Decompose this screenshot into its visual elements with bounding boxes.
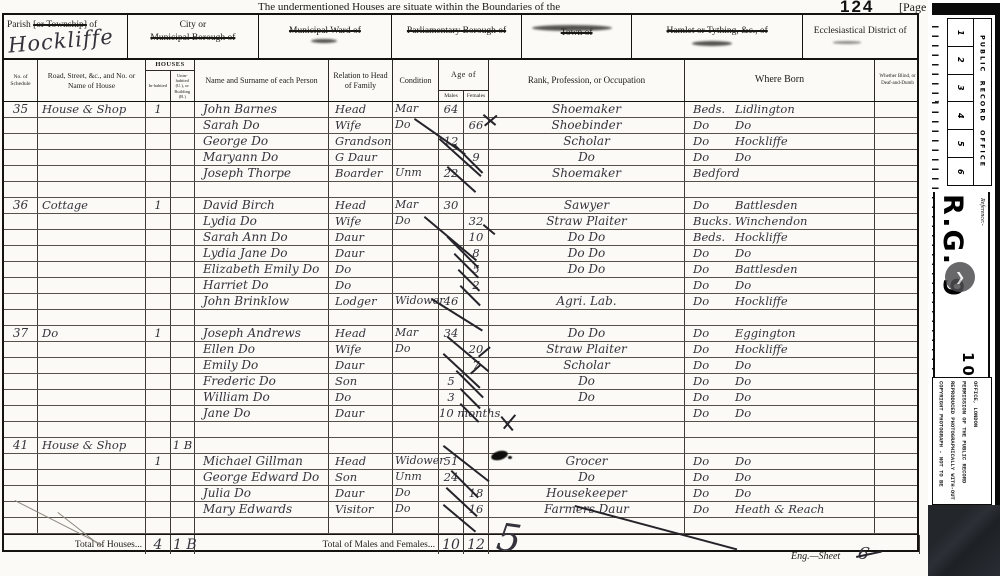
cell-name: Elizabeth Emily Do [195,262,329,277]
col-header-females: Females [464,91,488,101]
col-header-blind: Whether Blind, or Deaf-and-Dumb [875,60,920,101]
cell-inhabited [146,166,171,181]
cell-house [38,486,146,501]
cell-age-male: 10 months [439,406,464,421]
cell-relation: Daur [329,230,393,245]
cell-name: Ellen Do [195,342,329,357]
cell-name: Lydia Jane Do [195,246,329,261]
cell-uninhabited [171,262,195,277]
cell-inhabited [146,358,171,373]
census-row: George Do Grandson 12 Scholar DoHockliff… [4,134,917,150]
cell-where-born: DoDo [685,486,875,501]
total-females-value: 12 [464,535,489,554]
cell-name: Julia Do [195,486,329,501]
cell-name: Michael Gillman [195,454,329,469]
cell-age-female [464,134,489,149]
total-males-females-label: Total of Males and Females... [195,535,439,554]
cell-schedule-no [4,150,38,165]
cell-blind [875,166,920,181]
cell-uninhabited [171,198,195,213]
cell-schedule-no [4,486,38,501]
cell-schedule-no [4,406,38,421]
cell-condition: Widower [393,454,439,469]
cell-schedule-no [4,454,38,469]
film-copyright-box: COPYRIGHT PHOTOGRAPH - NOT TO BE REPRODU… [932,377,992,505]
cell-house [38,150,146,165]
cell-inhabited [146,390,171,405]
cell-relation: Wife [329,214,393,229]
parish-box: Parish [or Township] of Hockliffe [4,15,128,58]
cell-schedule-no [4,230,38,245]
cell-blind [875,406,920,421]
col-header-relation: Relation to Head of Family [329,60,393,101]
cell-name: Mary Edwards [195,502,329,517]
cell-uninhabited [171,118,195,133]
cell-occupation: Sawyer [489,198,685,213]
cell-relation: Do [329,262,393,277]
cell-schedule-no [4,246,38,261]
hamlet-box: Hamlet or Tything, &c., of [632,15,803,58]
cell-occupation: Scholar [489,134,685,149]
cell-relation: G Daur [329,150,393,165]
cell-relation: Visitor [329,502,393,517]
totals-empty [489,535,920,554]
cell-name: Maryann Do [195,150,329,165]
cell-name: Harriet Do [195,278,329,293]
cell-age-female: 10 [464,230,489,245]
cell-occupation: Do Do [489,246,685,261]
cell-occupation: Do [489,470,685,485]
cell-house [38,406,146,421]
cell-occupation [489,310,685,325]
cell-name: Joseph Thorpe [195,166,329,181]
cell-inhabited [146,406,171,421]
cell-uninhabited [171,374,195,389]
cell-schedule-no [4,294,38,309]
copyright-text: COPYRIGHT PHOTOGRAPH - NOT TO BE REPRODU… [935,381,981,501]
cell-condition [393,310,439,325]
cell-relation: Do [329,278,393,293]
cell-condition [393,134,439,149]
cell-inhabited [146,230,171,245]
public-record-office-label-wrap: PUBLIC RECORD OFFICE [974,19,991,185]
cell-schedule-no [4,214,38,229]
parliamentary-borough-box: Parliamentary Borough of [392,15,523,58]
ecclesiastical-district-box: Ecclesiastical District of [803,15,917,58]
cell-occupation: Straw Plaiter [489,342,685,357]
cell-blind [875,390,920,405]
cell-where-born: DoHeath & Reach [685,502,875,517]
cell-house [38,422,146,437]
screenshot-root: The undermentioned Houses are situate wi… [0,0,1000,576]
cell-relation: Lodger [329,294,393,309]
scale-number: 6 [956,169,965,175]
cell-schedule-no: 37 [4,326,38,341]
cell-schedule-no [4,390,38,405]
cell-uninhabited [171,278,195,293]
cell-house [38,118,146,133]
cell-relation: Daur [329,486,393,501]
cell-occupation [489,406,685,421]
cell-house: House & Shop [38,102,146,117]
cell-relation: Daur [329,358,393,373]
cell-blind [875,134,920,149]
cell-relation: Wife [329,118,393,133]
cell-condition [393,230,439,245]
film-edge-bar [932,3,998,15]
ink-smudge [532,25,612,31]
cell-condition [393,374,439,389]
col-header-males: Males [439,91,464,101]
cell-name [195,182,329,197]
cell-blind [875,262,920,277]
cell-name: Joseph Andrews [195,326,329,341]
page-title: The undermentioned Houses are situate wi… [258,1,560,13]
cell-where-born: DoBattlesden [685,198,875,213]
cell-inhabited: 1 [146,198,171,213]
hamlet-label-struck: Hamlet or Tything, &c., of [632,25,802,38]
cell-schedule-no [4,278,38,293]
ward-label-struck: Municipal Ward of [259,25,391,38]
cell-schedule-no [4,134,38,149]
scale-number: 3 [956,85,965,91]
col-header-houses-title: HOUSES [146,60,194,71]
cell-house [38,502,146,517]
film-edge-bar [995,3,1000,505]
cell-inhabited: 1 [146,454,171,469]
cell-uninhabited [171,182,195,197]
cell-occupation: Housekeeper [489,486,685,501]
cell-age-male: 64 [439,102,464,117]
cell-inhabited [146,374,171,389]
cell-blind [875,422,920,437]
cell-condition: Widower [393,294,439,309]
census-row: John Brinklow Lodger Widower 46 Agri. La… [4,294,917,310]
cell-uninhabited [171,406,195,421]
cell-name [195,310,329,325]
cell-inhabited [146,422,171,437]
ink-blot [508,456,512,459]
cell-house: House & Shop [38,438,146,453]
cell-occupation [489,422,685,437]
city-label-struck: Municipal Borough of [128,32,259,45]
cell-condition: Do [393,502,439,517]
cell-uninhabited [171,230,195,245]
cell-house [38,454,146,469]
cell-uninhabited [171,326,195,341]
col-header-age: Age of Males Females [439,60,489,101]
cell-blind [875,182,920,197]
col-header-houses: HOUSES In-habited Unin-habited (U.), or … [146,60,195,101]
cell-blind [875,118,920,133]
cell-name: John Brinklow [195,294,329,309]
cell-name: David Birch [195,198,329,213]
cell-uninhabited [171,310,195,325]
cell-blind [875,454,920,469]
cell-name [195,438,329,453]
cell-inhabited [146,502,171,517]
cell-where-born: DoDo [685,150,875,165]
cell-uninhabited [171,294,195,309]
total-houses-label: Total of Houses... [4,535,146,554]
cell-where-born: Bedford [685,166,875,181]
municipal-ward-box: Municipal Ward of [259,15,392,58]
cell-where-born: DoDo [685,406,875,421]
cell-blind [875,358,920,373]
cell-where-born: DoDo [685,470,875,485]
cell-condition [393,150,439,165]
ecclesiastical-label: Ecclesiastical District of [803,25,917,38]
cell-relation: Grandson [329,134,393,149]
cell-schedule-no [4,358,38,373]
cell-age-female [464,454,489,469]
cell-relation: Son [329,470,393,485]
cell-schedule-no [4,518,38,533]
cell-uninhabited [171,358,195,373]
cell-name: Emily Do [195,358,329,373]
cell-blind [875,230,920,245]
cell-occupation: Do [489,150,685,165]
cell-blind [875,518,920,533]
total-houses-note: 1 B [171,535,195,554]
col-header-occupation: Rank, Profession, or Occupation [489,60,685,101]
cell-name: Lydia Do [195,214,329,229]
cell-name: Frederic Do [195,374,329,389]
cell-name: George Edward Do [195,470,329,485]
cell-house: Do [38,326,146,341]
cell-occupation: Do [489,390,685,405]
cell-occupation: Grocer [489,454,685,469]
eng-sheet-label: Eng.—Sheet [791,551,840,562]
cell-where-born: Beds.Lidlington [685,102,875,117]
cell-house [38,262,146,277]
cell-blind [875,470,920,485]
census-row [4,422,917,438]
cell-occupation: Do Do [489,326,685,341]
census-row: Jane Do Daur 10 months DoDo [4,406,917,422]
cell-relation [329,438,393,453]
cell-inhabited [146,134,171,149]
cell-age-male: 30 [439,198,464,213]
cell-relation: Daur [329,406,393,421]
cell-where-born [685,438,875,453]
cell-blind [875,310,920,325]
cell-occupation: Shoemaker [489,102,685,117]
cell-blind [875,278,920,293]
cell-schedule-no [4,422,38,437]
cell-age-female [464,422,489,437]
cell-uninhabited [171,246,195,261]
cell-house [38,310,146,325]
cell-inhabited [146,438,171,453]
cell-house: Cottage [38,198,146,213]
ink-smudge [311,39,337,43]
cell-relation: Head [329,102,393,117]
cell-name: George Do [195,134,329,149]
col-header-inhabited: In-habited [146,71,171,101]
cell-where-born: DoDo [685,454,875,469]
cell-condition: Do [393,486,439,501]
cell-inhabited [146,342,171,357]
cell-blind [875,326,920,341]
cell-house [38,294,146,309]
cell-blind [875,374,920,389]
cell-house [38,134,146,149]
cell-schedule-no [4,470,38,485]
cell-blind [875,486,920,501]
cell-occupation: Do Do [489,230,685,245]
census-row: Sarah Ann Do Daur 10 Do Do Beds.Hockliff… [4,230,917,246]
cell-inhabited: 1 [146,102,171,117]
total-houses-value: 4 [146,535,171,554]
scale-number: 1 [956,30,965,36]
cell-age-male [439,182,464,197]
cell-condition [393,390,439,405]
census-row: 41 House & Shop 1 B [4,438,917,454]
cell-inhabited: 1 [146,326,171,341]
cell-relation: Head [329,326,393,341]
cell-occupation: Agri. Lab. [489,294,685,309]
ink-smudge [692,41,732,46]
cell-schedule-no [4,166,38,181]
cell-uninhabited: 1 B [171,438,195,453]
film-dark-area [928,505,1000,576]
cell-where-born: Beds.Hockliffe [685,230,875,245]
census-row [4,182,917,198]
col-header-uninhabited: Unin-habited (U.), or Building (B.) [171,71,195,101]
cell-house [38,246,146,261]
cell-age-male: 51 [439,454,464,469]
cell-age-female [464,438,489,453]
cell-blind [875,502,920,517]
cell-occupation: Do Do [489,262,685,277]
col-header-schedule: No. of Schedule [4,60,38,101]
cell-inhabited [146,214,171,229]
cell-relation: Head [329,198,393,213]
public-record-office-label: PUBLIC RECORD OFFICE [979,35,987,168]
scale-number: 4 [956,113,965,119]
title-strip: The undermentioned Houses are situate wi… [0,0,928,13]
col-header-name: Name and Surname of each Person [195,60,329,101]
cell-condition: Unm [393,166,439,181]
cell-name [195,422,329,437]
cell-name [195,518,329,533]
cell-relation: Son [329,374,393,389]
cell-uninhabited [171,150,195,165]
film-number-column: 1 2 3 4 5 6 [948,19,974,185]
cell-house [38,342,146,357]
cell-relation: Daur [329,246,393,261]
scrawl-number: 5 [494,515,524,562]
cell-relation [329,422,393,437]
cell-schedule-no [4,374,38,389]
cell-condition [393,518,439,533]
cell-uninhabited [171,166,195,181]
cell-condition: Mar [393,102,439,117]
cell-where-born: DoDo [685,374,875,389]
cell-uninhabited [171,502,195,517]
city-label-line1: City or [128,19,259,32]
cell-where-born: DoEggington [685,326,875,341]
cell-condition: Mar [393,326,439,341]
cell-condition [393,246,439,261]
cell-house [38,214,146,229]
parish-label-pre: Parish [7,20,33,30]
cell-condition [393,278,439,293]
cell-house [38,374,146,389]
cell-condition [393,438,439,453]
cell-inhabited [146,486,171,501]
cell-house [38,166,146,181]
cell-relation: Boarder [329,166,393,181]
census-row: 1 Michael Gillman Head Widower 51 Grocer… [4,454,917,470]
cell-name: Sarah Do [195,118,329,133]
cell-uninhabited [171,518,195,533]
cell-uninhabited [171,342,195,357]
chevron-right-icon: ❯ [955,270,965,284]
cell-blind [875,342,920,357]
cell-schedule-no: 35 [4,102,38,117]
scale-number: 2 [956,57,965,63]
cell-where-born: DoDo [685,118,875,133]
cell-where-born [685,422,875,437]
cell-inhabited [146,470,171,485]
next-overlay-icon[interactable]: ❯ [945,262,975,292]
cell-schedule-no [4,262,38,277]
cell-name: Jane Do [195,406,329,421]
cell-inhabited [146,294,171,309]
cell-uninhabited [171,102,195,117]
census-document: The undermentioned Houses are situate wi… [0,0,928,576]
cell-where-born [685,310,875,325]
census-row: Mary Edwards Visitor Do 16 Farmers Daur … [4,502,917,518]
cell-blind [875,102,920,117]
census-row: Ellen Do Wife Do 20 Straw Plaiter DoHock… [4,342,917,358]
city-borough-box: City or Municipal Borough of [128,15,260,58]
cell-blind [875,150,920,165]
cell-where-born [685,182,875,197]
header-boxes: Parish [or Township] of Hockliffe City o… [4,15,917,60]
cell-schedule-no: 41 [4,438,38,453]
scale-number: 5 [956,141,965,147]
town-box: Town of [522,15,632,58]
census-row: 37 Do 1 Joseph Andrews Head Mar 34 Do Do… [4,326,917,342]
cell-where-born: DoDo [685,358,875,373]
cell-house [38,470,146,485]
cell-condition [393,358,439,373]
cell-where-born [685,518,875,533]
cell-inhabited [146,118,171,133]
cell-blind [875,198,920,213]
reference-label: Reference:- [979,198,985,226]
cell-inhabited [146,182,171,197]
cell-uninhabited [171,470,195,485]
cell-house [38,358,146,373]
cell-blind [875,294,920,309]
cell-age-female [464,198,489,213]
cell-age-male [439,422,464,437]
cell-where-born: DoBattlesden [685,262,875,277]
film-number-scale: 1 2 3 4 5 6 PUBLIC RECORD OFFICE [947,18,992,186]
cell-name: William Do [195,390,329,405]
cell-occupation: Do [489,374,685,389]
cell-occupation: Shoemaker [489,166,685,181]
cell-relation: Do [329,390,393,405]
totals-row: Total of Houses... 4 1 B Total of Males … [4,534,917,554]
cell-where-born: DoDo [685,278,875,293]
cell-uninhabited [171,390,195,405]
cell-uninhabited [171,214,195,229]
